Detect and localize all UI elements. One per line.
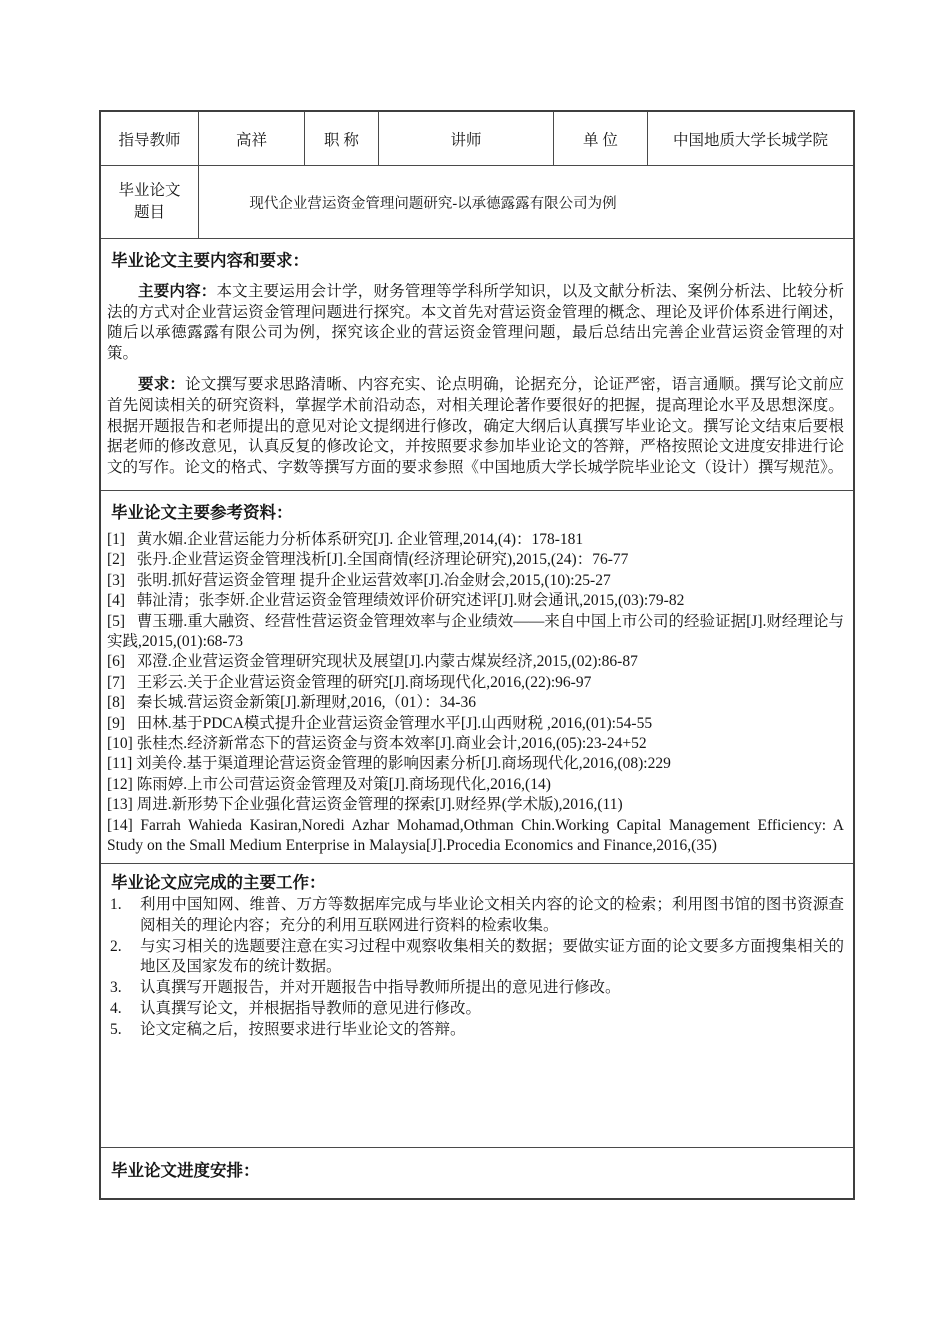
- tasks-list: 1.利用中国知网、维普、万方等数据库完成与毕业论文相关内容的论文的检索；利用图书…: [107, 895, 844, 1041]
- job-title-value: 讲师: [450, 128, 481, 150]
- unit-value-cell: 中国地质大学长城学院: [648, 112, 853, 165]
- reference-item: [12] 陈雨婷.上市公司营运资金管理及对策[J].商场现代化,2016,(14…: [107, 775, 844, 795]
- references-section: 毕业论文主要参考资料： [1] 黄水媚.企业营运能力分析体系研究[J]. 企业管…: [101, 491, 853, 864]
- job-title-value-cell: 讲师: [379, 112, 554, 165]
- reference-item: [9] 田林.基于PDCA模式提升企业营运资金管理水平[J].山西财税 ,201…: [107, 714, 844, 734]
- unit-value: 中国地质大学长城学院: [673, 128, 828, 150]
- task-text: 论文定稿之后，按照要求进行毕业论文的答辩。: [140, 1021, 466, 1038]
- reference-item: [11] 刘美伶.基于渠道理论营运资金管理的影响因素分析[J].商场现代化,20…: [107, 754, 844, 774]
- advisor-label: 指导教师: [118, 128, 180, 150]
- reference-item: [2] 张丹.企业营运资金管理浅析[J].全国商情(经济理论研究),2015,(…: [107, 550, 844, 570]
- job-title-label: 职 称: [324, 128, 359, 150]
- thesis-task-document-page: 指导教师 高祥 职 称 讲师 单 位 中国地质大学长城学院 毕业论文 题目: [0, 0, 950, 1344]
- thesis-title-label-cell: 毕业论文 题目: [101, 166, 199, 238]
- reference-item: [3] 张明.抓好营运资金管理 提升企业运营效率[J].冶金财会,2015,(1…: [107, 571, 844, 591]
- content-requirements-heading: 毕业论文主要内容和要求：: [111, 251, 844, 271]
- task-item: 1.利用中国知网、维普、万方等数据库完成与毕业论文相关内容的论文的检索；利用图书…: [107, 895, 844, 937]
- content-requirements-section: 毕业论文主要内容和要求： 主要内容：本文主要运用会计学，财务管理等学科所学知识，…: [101, 239, 853, 491]
- reference-item: [13] 周进.新形势下企业强化营运资金管理的探索[J].财经界(学术版),20…: [107, 795, 844, 815]
- reference-item: [1] 黄水媚.企业营运能力分析体系研究[J]. 企业管理,2014,(4)：1…: [107, 530, 844, 550]
- requirements-lead: 要求：: [138, 376, 185, 393]
- reference-item: [5] 曹玉珊.重大融资、经营性营运资金管理效率与企业绩效——来自中国上市公司的…: [107, 612, 844, 653]
- main-content-text: 本文主要运用会计学，财务管理等学科所学知识，以及文献分析法、案例分析法、比较分析…: [107, 283, 844, 362]
- main-content-paragraph: 主要内容：本文主要运用会计学，财务管理等学科所学知识，以及文献分析法、案例分析法…: [107, 282, 844, 364]
- thesis-title-cell: 现代企业营运资金管理问题研究-以承德露露有限公司为例: [199, 166, 853, 238]
- task-number: 1.: [110, 895, 122, 916]
- reference-item: [4] 韩沚清；张李妍.企业营运资金管理绩效评价研究述评[J].财会通讯,201…: [107, 591, 844, 611]
- task-item: 4.认真撰写论文，并根据指导教师的意见进行修改。: [107, 999, 844, 1020]
- task-number: 2.: [110, 937, 122, 958]
- task-item: 5.论文定稿之后，按照要求进行毕业论文的答辩。: [107, 1020, 844, 1041]
- task-text: 利用中国知网、维普、万方等数据库完成与毕业论文相关内容的论文的检索；利用图书馆的…: [140, 896, 844, 934]
- task-number: 4.: [110, 999, 122, 1020]
- advisor-name: 高祥: [236, 128, 267, 150]
- reference-item: [14] Farrah Wahieda Kasiran,Noredi Azhar…: [107, 816, 844, 857]
- reference-item: [8] 秦长城.营运资金新策[J].新理财,2016,（01）：34-36: [107, 693, 844, 713]
- advisor-label-cell: 指导教师: [101, 112, 199, 165]
- schedule-heading: 毕业论文进度安排：: [111, 1161, 844, 1181]
- unit-label-cell: 单 位: [554, 112, 648, 165]
- main-tasks-section: 毕业论文应完成的主要工作： 1.利用中国知网、维普、万方等数据库完成与毕业论文相…: [101, 864, 853, 1148]
- references-heading: 毕业论文主要参考资料：: [111, 503, 844, 523]
- task-text: 认真撰写论文，并根据指导教师的意见进行修改。: [140, 1000, 481, 1017]
- task-text: 认真撰写开题报告，并对开题报告中指导教师所提出的意见进行修改。: [140, 979, 621, 996]
- task-text: 与实习相关的选题要注意在实习过程中观察收集相关的数据；要做实证方面的论文要多方面…: [140, 938, 844, 976]
- job-title-label-cell: 职 称: [305, 112, 379, 165]
- task-number: 5.: [110, 1020, 122, 1041]
- reference-item: [7] 王彩云.关于企业营运资金管理的研究[J].商场现代化,2016,(22)…: [107, 673, 844, 693]
- main-content-lead: 主要内容：: [138, 283, 216, 300]
- unit-label: 单 位: [583, 128, 618, 150]
- thesis-title-label: 毕业论文 题目: [118, 180, 180, 224]
- task-item: 3.认真撰写开题报告，并对开题报告中指导教师所提出的意见进行修改。: [107, 978, 844, 999]
- requirements-text: 论文撰写要求思路清晰、内容充实、论点明确，论据充分，论证严密，语言通顺。撰写论文…: [107, 376, 844, 475]
- thesis-task-form-table: 指导教师 高祥 职 称 讲师 单 位 中国地质大学长城学院 毕业论文 题目: [99, 110, 855, 1200]
- references-list: [1] 黄水媚.企业营运能力分析体系研究[J]. 企业管理,2014,(4)：1…: [107, 530, 844, 857]
- advisor-name-cell: 高祥: [199, 112, 305, 165]
- task-number: 3.: [110, 978, 122, 999]
- thesis-title-row: 毕业论文 题目 现代企业营运资金管理问题研究-以承德露露有限公司为例: [101, 166, 853, 239]
- thesis-title: 现代企业营运资金管理问题研究-以承德露露有限公司为例: [249, 192, 616, 213]
- reference-item: [6] 邓澄.企业营运资金管理研究现状及展望[J].内蒙古煤炭经济,2015,(…: [107, 652, 844, 672]
- reference-item: [10] 张桂杰.经济新常态下的营运资金与资本效率[J].商业会计,2016,(…: [107, 734, 844, 754]
- main-tasks-heading: 毕业论文应完成的主要工作：: [111, 873, 844, 893]
- task-item: 2.与实习相关的选题要注意在实习过程中观察收集相关的数据；要做实证方面的论文要多…: [107, 937, 844, 979]
- requirements-paragraph: 要求：论文撰写要求思路清晰、内容充实、论点明确，论据充分，论证严密，语言通顺。撰…: [107, 375, 844, 478]
- advisor-info-row: 指导教师 高祥 职 称 讲师 单 位 中国地质大学长城学院: [101, 112, 853, 166]
- schedule-section: 毕业论文进度安排：: [101, 1148, 853, 1201]
